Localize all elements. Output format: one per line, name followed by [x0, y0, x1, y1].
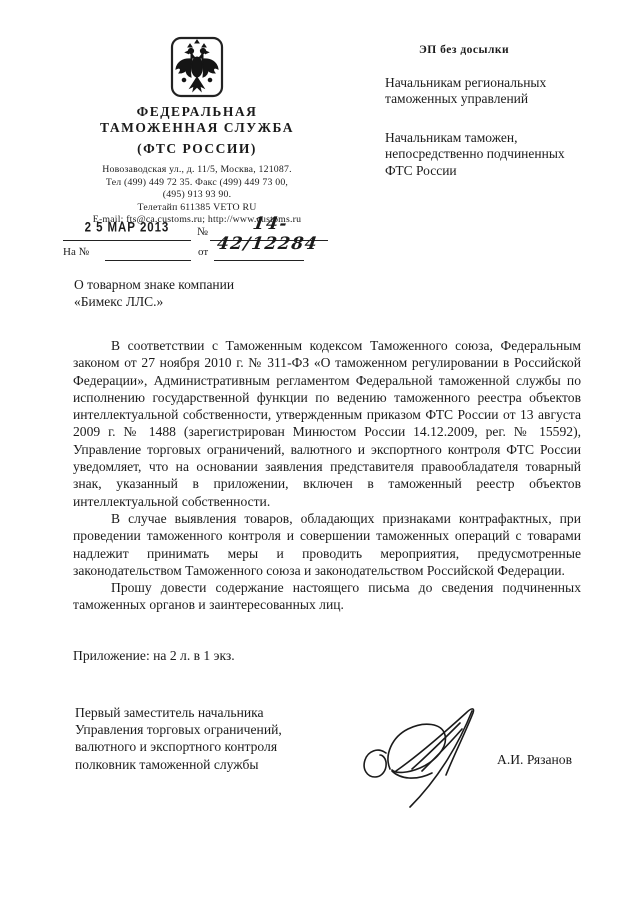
org-address: Новозаводская ул., д. 11/5, Москва, 1210…: [62, 164, 332, 177]
outgoing-number-field: 14-42/12284: [210, 214, 328, 241]
number-label: №: [197, 226, 208, 238]
org-abbreviation: (ФТС РОССИИ): [62, 141, 332, 157]
subject-line: О товарном знаке компании «Бимекс ЛЛС.»: [74, 276, 374, 310]
org-phone-fax: Тел (499) 449 72 35. Факс (499) 449 73 0…: [62, 177, 332, 190]
reply-from-date-label: от: [198, 246, 208, 258]
date-stamp: 2 5 МАР 2013: [85, 219, 170, 234]
body-paragraph-1: В соответствии с Таможенным кодексом Там…: [73, 337, 581, 510]
reference-block: 2 5 МАР 2013 № 14-42/12284 На № от: [62, 220, 382, 270]
addressee-regional-directorates: Начальникам региональных таможенных упра…: [385, 75, 600, 108]
body-paragraph-3: Прошу довести содержание настоящего пись…: [73, 579, 581, 614]
addressee-column: ЭП без досылки Начальникам региональных …: [385, 42, 600, 201]
org-phone-2: (495) 913 93 90.: [62, 189, 332, 202]
letterhead: ФЕДЕРАЛЬНАЯ ТАМОЖЕННАЯ СЛУЖБА (ФТС РОССИ…: [62, 36, 332, 227]
letter-body: В соответствии с Таможенным кодексом Там…: [73, 337, 581, 614]
org-teletype: Телетайп 611385 VETO RU: [62, 202, 332, 215]
date-field: 2 5 МАР 2013: [63, 220, 191, 241]
reply-from-date-blank: [214, 246, 304, 261]
org-name: ФЕДЕРАЛЬНАЯ ТАМОЖЕННАЯ СЛУЖБА: [62, 104, 332, 135]
handwritten-signature-icon: [348, 685, 488, 815]
reply-to-number-label: На №: [63, 246, 89, 258]
attachment-note: Приложение: на 2 л. в 1 экз.: [73, 648, 235, 664]
body-paragraph-2: В случае выявления товаров, обладающих п…: [73, 510, 581, 579]
scanned-letter-page: ФЕДЕРАЛЬНАЯ ТАМОЖЕННАЯ СЛУЖБА (ФТС РОССИ…: [0, 0, 640, 905]
signer-position: Первый заместитель начальника Управления…: [75, 704, 345, 773]
reply-to-number-blank: [105, 246, 191, 261]
russian-double-headed-eagle-emblem-icon: [170, 36, 224, 100]
addressee-customs-offices: Начальникам таможен, непосредственно под…: [385, 130, 600, 180]
signer-name: А.И. Рязанов: [497, 752, 572, 768]
transmission-note: ЭП без досылки: [419, 42, 600, 59]
